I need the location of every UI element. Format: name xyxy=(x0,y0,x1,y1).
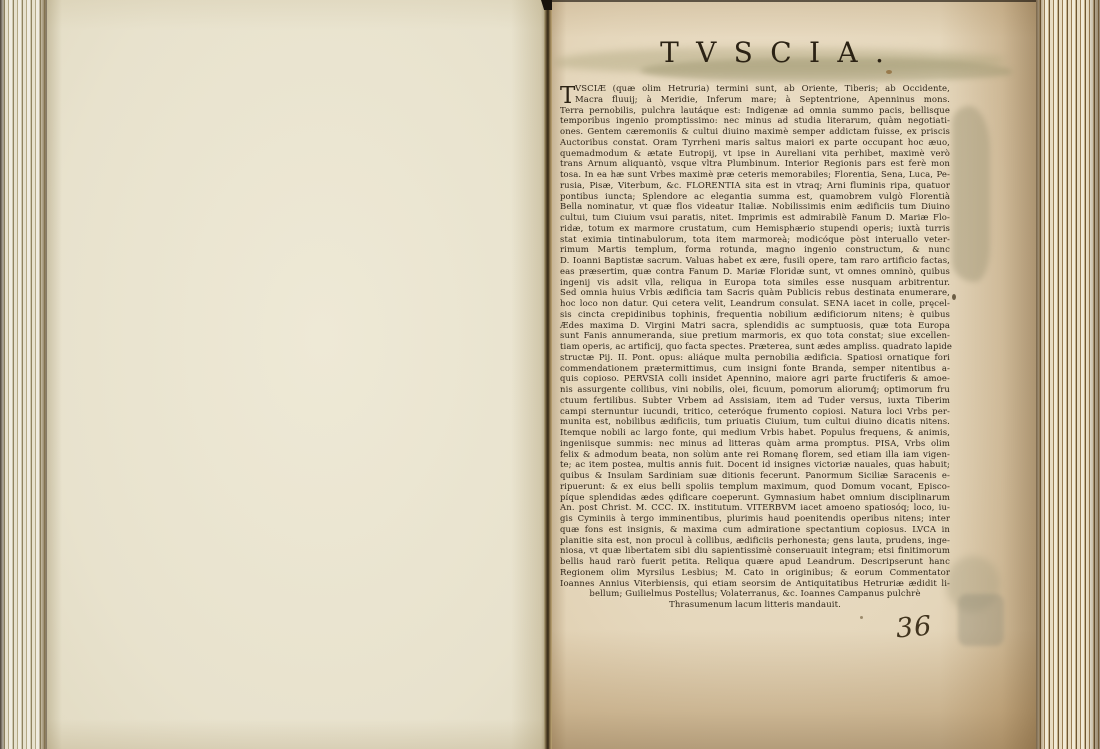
text-line: Thrasumenum lacum litteris mandauit. xyxy=(560,600,950,611)
text-line: cultui, tum Ciuium vsui paratis, nitet. … xyxy=(560,213,950,224)
dropcap-initial: T xyxy=(560,85,575,107)
foxing-speck xyxy=(952,294,956,300)
text-line: D. Ioanni Baptistæ sacrum. Valuas habet … xyxy=(560,256,950,267)
text-line: nis assurgente collibus, vini nobilis, o… xyxy=(560,385,950,396)
text-line: felix & admodum beata, non solùm ante re… xyxy=(560,450,950,461)
text-line: sis cincta crepidinibus tophinis, freque… xyxy=(560,310,950,321)
text-line: Ioannes Annius Viterbiensis, qui etiam s… xyxy=(560,579,950,590)
text-line: stat eximia tintinabulorum, tota item ma… xyxy=(560,235,950,246)
text-line: quæ fons est insignis, & maxima cum admi… xyxy=(560,525,950,536)
text-line: ctuum fertilibus. Subter Vrbem ad Assisi… xyxy=(560,396,950,407)
text-line: eas præsertim, quæ contra Fanum D. Mariæ… xyxy=(560,267,950,278)
text-line: rimum Martis templum, forma rotunda, mag… xyxy=(560,245,950,256)
text-line: ridæ, totum ex marmore crustatum, cum He… xyxy=(560,224,950,235)
body-text: T VSCIÆ (quæ olim Hetruria) termini sunt… xyxy=(560,84,950,618)
text-line: ingenij vis adsit vlla, reliqua in Europ… xyxy=(560,278,950,289)
text-line: An. post Christ. M. CCC. IX. institutum.… xyxy=(560,503,950,514)
text-line: bellis haud rarò fuerit petita. Reliqua … xyxy=(560,557,950,568)
text-line: Regionem olim Myrsilus Lesbius; M. Cato … xyxy=(560,568,950,579)
text-lines: VSCIÆ (quæ olim Hetruria) termini sunt, … xyxy=(560,84,950,611)
text-line: niosa, vt quæ libertatem sibi diu sapien… xyxy=(560,546,950,557)
text-line: VSCIÆ (quæ olim Hetruria) termini sunt, … xyxy=(575,84,950,95)
text-line: rusia, Pisæ, Viterbum, &c. FLORENTIA sit… xyxy=(560,181,950,192)
book-spread: TVSCIA. T VSCIÆ (quæ olim Hetruria) term… xyxy=(0,0,1100,749)
text-line: te; ac item postea, multis annis fuit. D… xyxy=(560,460,950,471)
text-line: Auctoribus constat. Oram Tyrrheni maris … xyxy=(560,138,950,149)
text-line: quibus & Insulam Sardiniam suæ ditionis … xyxy=(560,471,950,482)
text-line: Itemque nobili ac largo fonte, qui mediu… xyxy=(560,428,950,439)
text-line: Macra fluuij; à Meridie, Inferum mare; à… xyxy=(575,95,950,106)
text-line: pontibus iuncta; Splendore ac elegantia … xyxy=(560,192,950,203)
text-line: hoc loco non datur. Qui cetera velit, Le… xyxy=(560,299,950,310)
text-line: quemadmodum & ætate Eutropij, vt ipse in… xyxy=(560,149,950,160)
text-line: bellum; Guilielmus Postellus; Volaterran… xyxy=(560,589,950,600)
text-line: sunt Fanis annumeranda, siue pretium mar… xyxy=(560,331,950,342)
text-line: commendationem prætermittimus, cum insig… xyxy=(560,364,950,375)
page-number: 36 xyxy=(895,610,934,644)
foxing-speck xyxy=(886,70,892,74)
text-line: temporibus ingenio promptissimo: nec min… xyxy=(560,116,950,127)
text-line: munita est, nobilibus ædificiis, tum pri… xyxy=(560,417,950,428)
text-line: Sed omnia huius Vrbis ædificia tam Sacri… xyxy=(560,288,950,299)
text-line: Ædes maxima D. Virgini Matri sacra, sple… xyxy=(560,321,950,332)
text-line: campi sternuntur iucundi, tritico, ceter… xyxy=(560,407,950,418)
text-line: ripuerunt: & ex eius belli spoliis templ… xyxy=(560,482,950,493)
text-line: Bella nominatur, vt quæ flos videatur It… xyxy=(560,202,950,213)
text-line: tosa. In ea hæ sunt Vrbes maximè præ cet… xyxy=(560,170,950,181)
right-page-stack-edge xyxy=(1036,0,1100,749)
text-line: Terra pernobilis, pulchra lautáque est: … xyxy=(560,106,950,117)
text-line: quis copioso. PERVSIA colli insidet Apen… xyxy=(560,374,950,385)
text-line: structæ Pij. II. Pont. opus: aliáque mul… xyxy=(560,353,950,364)
text-line: trans Arnum aliquantò, vsque vltra Plumb… xyxy=(560,159,950,170)
text-line: ones. Gentem cæremoniis & cultui diuino … xyxy=(560,127,950,138)
book-gutter xyxy=(544,0,552,749)
text-line: gis Cyminiis à tergo imminentibus, pluri… xyxy=(560,514,950,525)
text-line: ingeniisque summis: nec minus ad littera… xyxy=(560,439,950,450)
page-title: TVSCIA. xyxy=(552,36,992,69)
text-line: tiam operis, ac artificij, quo facta spe… xyxy=(560,342,950,353)
blank-verso-page xyxy=(47,0,546,749)
left-page-stack-edge xyxy=(0,0,47,749)
text-line: píque splendidas ædes ędificare coeperun… xyxy=(560,493,950,504)
page-top-edge xyxy=(552,0,1090,2)
text-line: planitie sita est, non procul à collibus… xyxy=(560,536,950,547)
